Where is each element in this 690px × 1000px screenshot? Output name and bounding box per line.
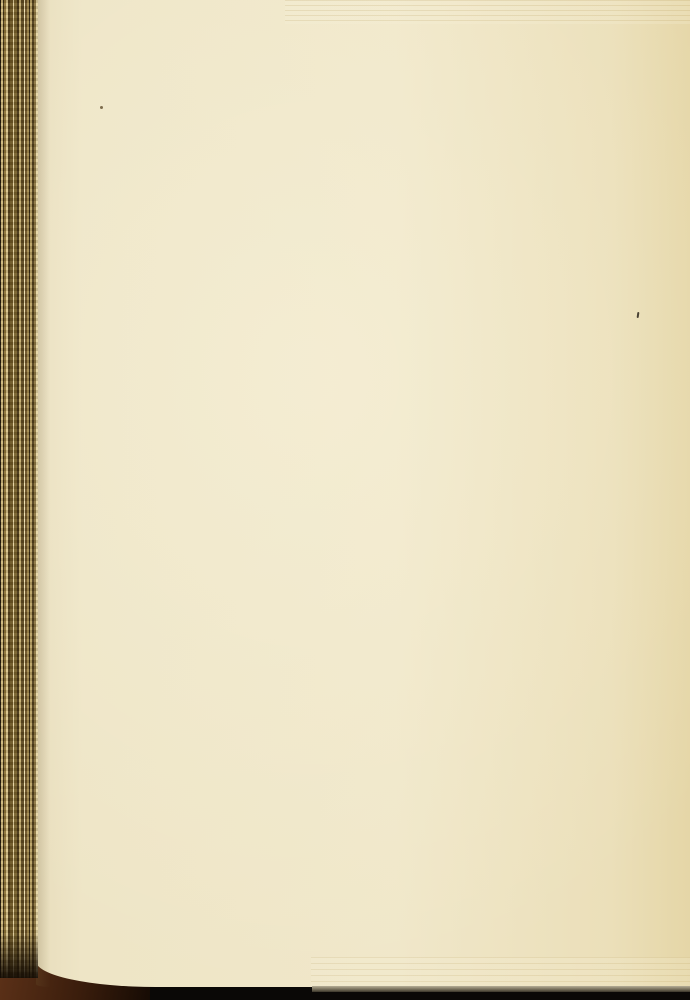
page-edge-streaks-top [285, 0, 690, 24]
page-edge-streaks-bottom [311, 957, 690, 987]
paper-speck [100, 106, 103, 109]
book-page [36, 0, 690, 987]
book-binding-edge [0, 0, 38, 978]
table-edge-highlight [312, 986, 690, 992]
book-photo: 134 NO SURRENDER your way down to the vi… [0, 0, 690, 1000]
